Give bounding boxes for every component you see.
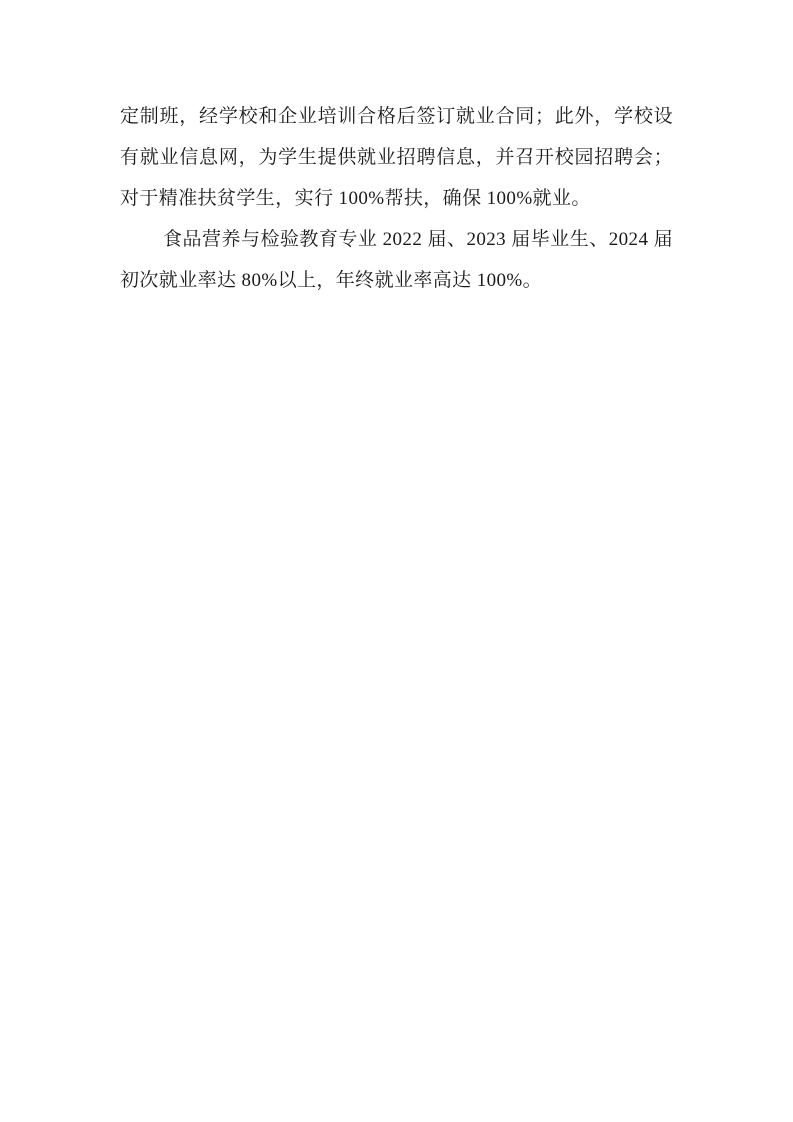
paragraph-1-line-1: 定制班，经学校和企业培训合格后签订就业合同；此外，学校设 [120,96,673,137]
paragraph-1-line-2: 有就业信息网，为学生提供就业招聘信息，并召开校园招聘会； [120,137,673,178]
paragraph-2-line-1: 食品营养与检验教育专业 2022 届、2023 届毕业生、2024 届 [120,219,673,260]
paragraph-2-line-2: 初次就业率达 80%以上，年终就业率高达 100%。 [120,260,673,301]
paragraph-1-line-3: 对于精准扶贫学生，实行 100%帮扶，确保 100%就业。 [120,178,673,219]
document-page: 定制班，经学校和企业培训合格后签订就业合同；此外，学校设 有就业信息网，为学生提… [0,0,793,1122]
paragraph-1: 定制班，经学校和企业培训合格后签订就业合同；此外，学校设 有就业信息网，为学生提… [120,96,673,219]
paragraph-2: 食品营养与检验教育专业 2022 届、2023 届毕业生、2024 届 初次就业… [120,219,673,301]
